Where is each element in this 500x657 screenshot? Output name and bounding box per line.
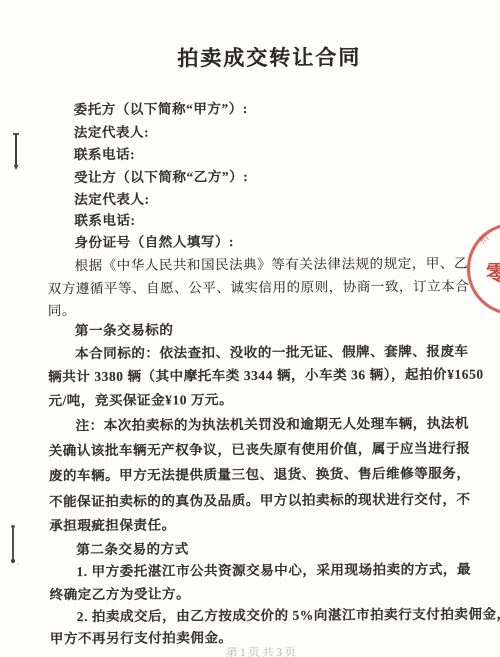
section2-item1-line: 终确定乙方为受让方。 bbox=[50, 582, 191, 603]
section2-item1-line: 1. 甲方委托湛江市公共资源交易中心，采用现场拍卖的方式，最 bbox=[76, 558, 471, 580]
party-b-legal-rep-label: 法定代表人: bbox=[74, 188, 149, 208]
section2-item2-line: 2. 拍卖成交后，由乙方按成交价的 5%向湛江市拍卖行支付拍卖佣金， bbox=[77, 602, 500, 625]
party-a-phone-label: 联系电话: bbox=[74, 143, 135, 163]
scanned-contract-page: 拍卖成交转让合同 委托方（以下简称“甲方”）: 法定代表人: 联系电话: 受让方… bbox=[0, 0, 500, 657]
section1-note-line: 关确认该批车辆无产权争议，已丧失原有使用价值，属于应当进行报 bbox=[49, 437, 471, 460]
section1-body-line: 本合同标的：依法查扣、没收的一批无证、假牌、套牌、报废车 bbox=[75, 340, 469, 362]
red-seal-center-glyph-fragment: 零 bbox=[486, 257, 500, 287]
section1-body-line: 元/吨，竞买保证金¥10 万元。 bbox=[48, 388, 233, 409]
pen-mark-lower bbox=[12, 527, 14, 561]
id-number-label: 身份证号（自然人填写）: bbox=[74, 230, 234, 251]
party-b-phone-label: 联系电话: bbox=[74, 209, 135, 229]
preamble-line: 根据《中华人民共和国民法典》等有关法律法规的规定，甲、乙 bbox=[75, 252, 469, 274]
section1-heading: 第一条交易标的 bbox=[75, 318, 173, 339]
contract-text-block: 拍卖成交转让合同 委托方（以下简称“甲方”）: 法定代表人: 联系电话: 受让方… bbox=[0, 0, 500, 657]
party-b-label: 受让方（以下简称“乙方”）: bbox=[74, 165, 248, 186]
preamble-line: 同。 bbox=[48, 299, 76, 319]
section1-body-line: 辆共计 3380 辆（其中摩托车类 3344 辆，小车类 36 辆），起拍价¥1… bbox=[48, 363, 484, 386]
section2-heading: 第二条交易的方式 bbox=[76, 537, 189, 558]
party-a-legal-rep-label: 法定代表人: bbox=[74, 121, 149, 141]
party-a-label: 委托方（以下简称“甲方”）: bbox=[74, 97, 248, 118]
page-footer-fragment: 第1页共3页 bbox=[226, 647, 306, 657]
section1-note-line: 注：本次拍卖标的为执法机关罚没和逾期无人处理车辆，执法机 bbox=[76, 412, 470, 434]
section2-item2-line: 甲方不再另行支付拍卖佣金。 bbox=[50, 626, 233, 647]
section1-note-line: 不能保证拍卖标的的真伪及品质。甲方以拍卖标的现状进行交付，不 bbox=[49, 488, 471, 511]
preamble-line: 双方遵循平等、自愿、公平、诚实信用的原则，协商一致，订立本合 bbox=[48, 275, 470, 298]
contract-title: 拍卖成交转让合同 bbox=[44, 41, 494, 74]
section1-note-line: 废的车辆。甲方无法提供质量三包、退货、换货、售后维修等服务， bbox=[49, 462, 471, 485]
pen-mark-upper bbox=[15, 134, 17, 167]
section1-note-line: 承担瑕疵担保责任。 bbox=[49, 513, 176, 534]
